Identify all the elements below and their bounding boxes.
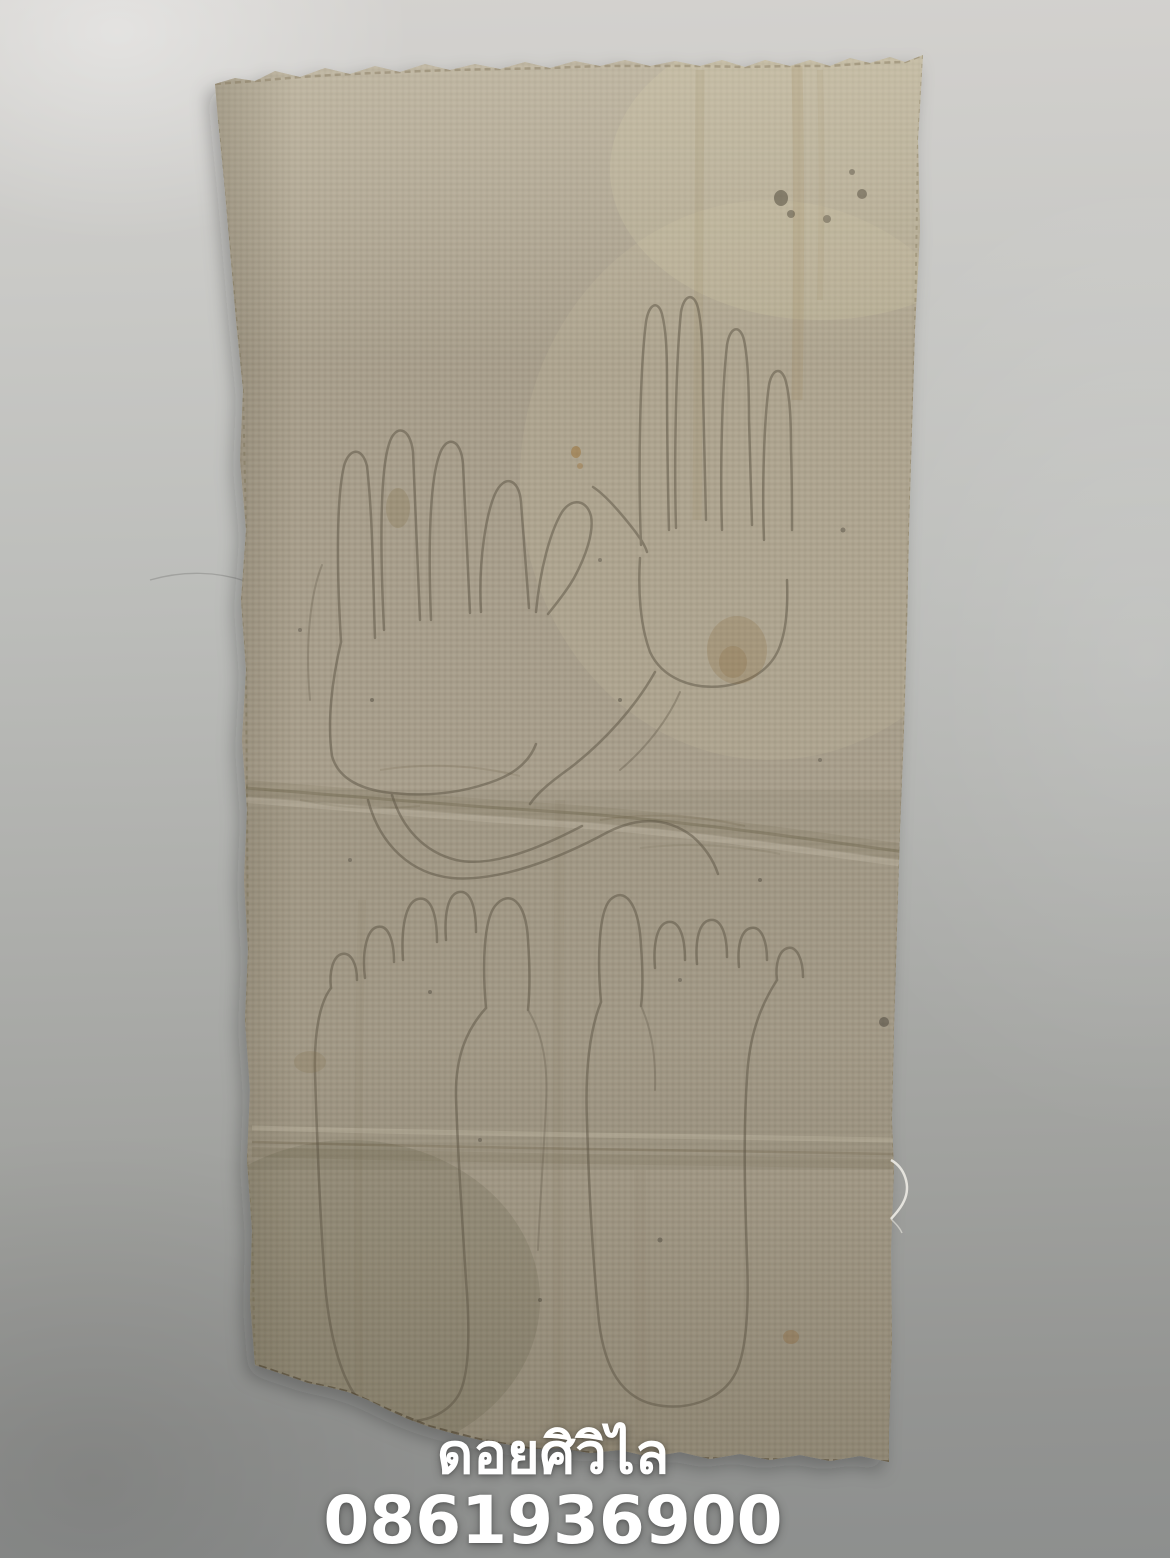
cloth-right-sheen <box>520 200 1020 760</box>
stain-streak-2 <box>797 66 799 400</box>
stain-dark-topright-4 <box>857 189 867 199</box>
stain-dark-topright-3 <box>823 215 831 223</box>
speck-8 <box>348 858 352 862</box>
speck-5 <box>538 1298 542 1302</box>
stain-dark-topright-5 <box>849 169 855 175</box>
fold-streak-1 <box>558 800 560 1450</box>
speck-1 <box>370 698 374 702</box>
fold-streak-2 <box>358 900 362 1420</box>
stain-left-foot <box>294 1051 326 1073</box>
watermark-phone-number: 0861936900 <box>0 1487 1106 1554</box>
watermark: ดอยศิวิไล 0861936900 <box>0 1424 1106 1554</box>
stain-streak-3 <box>820 70 822 300</box>
speck-4 <box>658 1238 663 1243</box>
speck-2 <box>428 990 432 994</box>
stain-rust-bottom <box>783 1330 799 1344</box>
stain-rust-center <box>571 446 581 458</box>
wall-hair <box>150 573 245 581</box>
bottom-flap-shadow <box>160 1140 540 1460</box>
stain-dark-topright-2 <box>787 210 795 218</box>
speck-7 <box>818 758 822 762</box>
speck-6 <box>758 878 762 882</box>
cloth-photo-svg <box>0 0 1170 1558</box>
fold-streak-3 <box>640 1170 641 1452</box>
speck-10 <box>678 978 682 982</box>
stain-dark-topright-1 <box>774 190 788 206</box>
photo-of-cloth: ดอยศิวิไล 0861936900 <box>0 0 1170 1558</box>
speck-11 <box>478 1138 482 1142</box>
watermark-shop-name: ดอยศิวิไล <box>0 1424 1106 1487</box>
stain-rust-center-2 <box>577 463 583 469</box>
speck-9 <box>598 558 602 562</box>
speck-14 <box>879 1017 889 1027</box>
speck-13 <box>298 628 302 632</box>
speck-12 <box>841 528 846 533</box>
stain-brown-left-hand <box>386 488 410 528</box>
stain-streak-1 <box>697 70 700 520</box>
speck-3 <box>618 698 622 702</box>
stain-brown-under-palm-2 <box>719 646 747 678</box>
